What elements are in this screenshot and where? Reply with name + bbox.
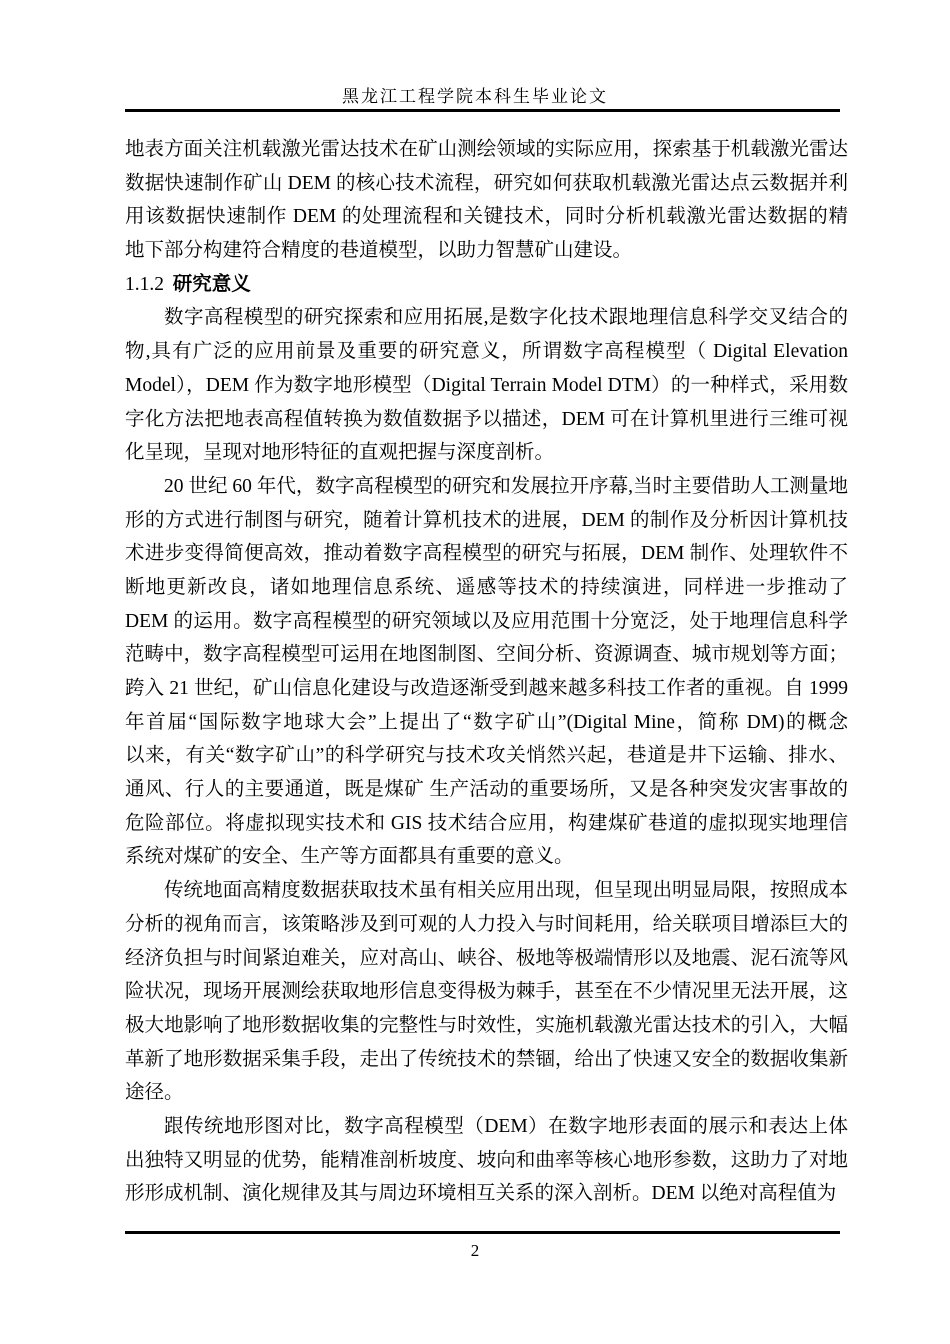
section-heading-number: 1.1.2 bbox=[125, 274, 164, 295]
text-line: 数字高程模型的研究探索和应用拓展,是数字化技术跟地理信息科学交叉结合的产 bbox=[125, 301, 848, 335]
thesis-page: 黑龙江工程学院本科生毕业论文 地表方面关注机载激光雷达技术在矿山测绘领域的实际应… bbox=[0, 0, 950, 1344]
text-line: 20 世纪 60 年代，数字高程模型的研究和发展拉开序幕,当时主要借助人工测量地 bbox=[125, 470, 848, 504]
text-line: 出独特又明显的优势，能精准剖析坡度、坡向和曲率等核心地形参数，这助力了对地 bbox=[125, 1144, 848, 1178]
text-line: 革新了地形数据采集手段，走出了传统技术的禁锢，给出了快速又安全的数据收集新 bbox=[125, 1043, 848, 1077]
section-heading-title: 研究意义 bbox=[173, 273, 251, 295]
text-line: 数据快速制作矿山 DEM 的核心技术流程，研究如何获取机载激光雷达点云数据并利 bbox=[125, 167, 848, 201]
text-line: 经济负担与时间紧迫难关，应对高山、峡谷、极地等极端情形以及地震、泥石流等风 bbox=[125, 942, 848, 976]
page-number: 2 bbox=[0, 1240, 950, 1262]
text-line: 地下部分构建符合精度的巷道模型，以助力智慧矿山建设。 bbox=[125, 234, 848, 268]
text-line: 以来，有关“数字矿山”的科学研究与技术攻关悄然兴起，巷道是井下运输、排水、 bbox=[125, 739, 848, 773]
text-line: 年首届“国际数字地球大会”上提出了“数字矿山”(Digital Mine，简称 … bbox=[125, 706, 848, 740]
page-header-title: 黑龙江工程学院本科生毕业论文 bbox=[0, 87, 950, 107]
text-line: 途径。 bbox=[125, 1076, 848, 1110]
text-line: 断地更新改良，诸如地理信息系统、遥感等技术的持续演进，同样进一步推动了 bbox=[125, 571, 848, 605]
text-line: 险状况，现场开展测绘获取地形信息变得极为棘手，甚至在不少情况里无法开展，这 bbox=[125, 975, 848, 1009]
paragraph: 数字高程模型的研究探索和应用拓展,是数字化技术跟地理信息科学交叉结合的产物,具有… bbox=[125, 301, 848, 469]
text-line: 跨入 21 世纪，矿山信息化建设与改造逐渐受到越来越多科技工作者的重视。自 19… bbox=[125, 672, 848, 706]
text-line: Model），DEM 作为数字地形模型（Digital Terrain Mode… bbox=[125, 369, 848, 403]
footer-rule bbox=[125, 1231, 840, 1234]
text-line: 字化方法把地表高程值转换为数值数据予以描述，DEM 可在计算机里进行三维可视 bbox=[125, 403, 848, 437]
header-rule bbox=[125, 109, 840, 112]
section-heading: 1.1.2研究意义 bbox=[125, 268, 848, 302]
text-line: 化呈现，呈现对地形特征的直观把握与深度剖析。 bbox=[125, 436, 848, 470]
text-line: 通风、行人的主要通道，既是煤矿 生产活动的重要场所，又是各种突发灾害事故的 bbox=[125, 773, 848, 807]
text-line: 分析的视角而言，该策略涉及到可观的人力投入与时间耗用，给关联项目增添巨大的 bbox=[125, 908, 848, 942]
text-line: 地表方面关注机载激光雷达技术在矿山测绘领域的实际应用，探索基于机载激光雷达 bbox=[125, 133, 848, 167]
text-line: 物,具有广泛的应用前景及重要的研究意义，所谓数字高程模型（ Digital El… bbox=[125, 335, 848, 369]
paragraph: 传统地面高精度数据获取技术虽有相关应用出现，但呈现出明显局限，按照成本分析的视角… bbox=[125, 874, 848, 1110]
text-line: 极大地影响了地形数据收集的完整性与时效性，实施机载激光雷达技术的引入，大幅 bbox=[125, 1009, 848, 1043]
paragraph: 20 世纪 60 年代，数字高程模型的研究和发展拉开序幕,当时主要借助人工测量地… bbox=[125, 470, 848, 874]
text-line: 危险部位。将虚拟现实技术和 GIS 技术结合应用，构建煤矿巷道的虚拟现实地理信息 bbox=[125, 807, 848, 841]
text-line: DEM 的运用。数字高程模型的研究领域以及应用范围十分宽泛，处于地理信息科学 bbox=[125, 605, 848, 639]
text-line: 术进步变得简便高效，推动着数字高程模型的研究与拓展，DEM 制作、处理软件不 bbox=[125, 537, 848, 571]
text-line: 形的方式进行制图与研究，随着计算机技术的进展，DEM 的制作及分析因计算机技 bbox=[125, 504, 848, 538]
document-body: 地表方面关注机载激光雷达技术在矿山测绘领域的实际应用，探索基于机载激光雷达数据快… bbox=[125, 133, 848, 1211]
text-line: 跟传统地形图对比，数字高程模型（DEM）在数字地形表面的展示和表达上体现 bbox=[125, 1110, 848, 1144]
text-line: 范畴中，数字高程模型可运用在地图制图、空间分析、资源调查、城市规划等方面； bbox=[125, 638, 848, 672]
text-line: 系统对煤矿的安全、生产等方面都具有重要的意义。 bbox=[125, 840, 848, 874]
text-line: 形形成机制、演化规律及其与周边环境相互关系的深入剖析。DEM 以绝对高程值为 bbox=[125, 1177, 848, 1211]
paragraph: 跟传统地形图对比，数字高程模型（DEM）在数字地形表面的展示和表达上体现出独特又… bbox=[125, 1110, 848, 1211]
paragraph: 地表方面关注机载激光雷达技术在矿山测绘领域的实际应用，探索基于机载激光雷达数据快… bbox=[125, 133, 848, 268]
text-line: 用该数据快速制作 DEM 的处理流程和关键技术，同时分析机载激光雷达数据的精度， bbox=[125, 200, 848, 234]
text-line: 传统地面高精度数据获取技术虽有相关应用出现，但呈现出明显局限，按照成本 bbox=[125, 874, 848, 908]
